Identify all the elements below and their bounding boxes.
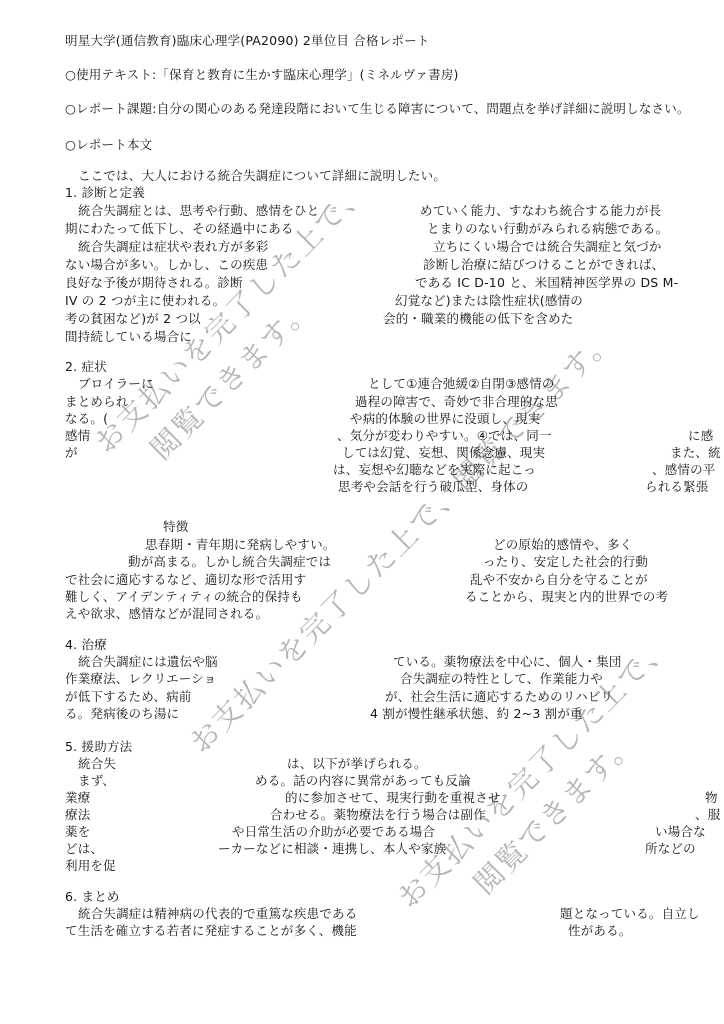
report-line: 統合失は、以下が挙げられる。: [0, 755, 724, 772]
line-fragment: 合失調症の特性として、作業能力や: [400, 670, 603, 687]
line-fragment: 業療: [65, 789, 90, 806]
line-fragment: 感情: [65, 427, 90, 444]
report-line: は、妄想や幻聴などを実際に起こっ、感情の平: [0, 461, 724, 478]
line-fragment: が、社会生活に適応するためのリハビリ: [385, 688, 613, 705]
line-fragment: る。発病後のち湯に: [65, 705, 179, 722]
line-fragment: は、妄想や幻聴などを実際に起こっ: [333, 461, 536, 478]
line-fragment: ○レポート課題:自分の関心のある発達段階において生じる障害について、問題点を挙げ…: [65, 100, 690, 117]
report-line: 1. 診断と定義: [0, 184, 724, 201]
report-line: えや欲求、感情などが混同される。: [0, 605, 724, 622]
report-line: 2. 症状: [0, 358, 724, 375]
line-fragment: 会的・職業的機能の低下を含めた: [383, 310, 574, 327]
line-fragment: ここでは、大人における統合失調症について詳細に説明したい。: [78, 167, 446, 184]
report-line: 統合失調症は精神病の代表的で重篤な疾患である題となっている。自立し: [0, 905, 724, 922]
line-fragment: ったり、安定した社会的行動: [483, 553, 648, 570]
line-fragment: が低下するため、病前: [65, 688, 192, 705]
report-line: 思春期・青年期に発病しやすい。どの原始的感情や、多く: [0, 536, 724, 553]
line-fragment: て生活を確立する若者に発症することが多く、機能: [65, 922, 357, 939]
line-fragment: ることから、現実と内的世界での考: [465, 588, 668, 605]
line-fragment: める。話の内容に異常があっても反論: [255, 772, 471, 789]
report-line: 明星大学(通信教育)臨床心理学(PA2090) 2単位目 合格レポート: [0, 32, 724, 49]
line-fragment: 合わせる。薬物療法を行う場合は副作: [270, 806, 486, 823]
line-fragment: に感: [688, 427, 713, 444]
line-fragment: 過程の障害で、奇妙で非合理的な思: [355, 393, 558, 410]
report-line: 特徴: [0, 518, 724, 535]
line-fragment: 療法: [65, 806, 90, 823]
line-fragment: ブロイラーに: [78, 375, 154, 392]
report-line: 6. まとめ: [0, 888, 724, 905]
line-fragment: ーカーなどに相談・連携し、本人や家族: [218, 840, 446, 857]
line-fragment: は、以下が挙げられる。: [287, 755, 427, 772]
report-line: 良好な予後が期待される。診断である IC D-10 と、米国精神医学界の DS …: [0, 274, 724, 291]
line-fragment: とまりのない行動がみられる病態である。: [427, 220, 668, 237]
report-line: 思考や会話を行う破瓜型、身体のられる緊張: [0, 478, 724, 495]
report-line: まとめられ過程の障害で、奇妙で非合理的な思: [0, 393, 724, 410]
report-line: ○レポート課題:自分の関心のある発達段階において生じる障害について、問題点を挙げ…: [0, 100, 724, 117]
line-fragment: 利用を促: [65, 857, 116, 874]
report-line: る。発病後のち湯に4 割が慢性継承状態、約 2~3 割が重: [0, 705, 724, 722]
report-line: 統合失調症とは、思考や行動、感情をひとめていく能力、すなわち統合する能力が長: [0, 202, 724, 219]
line-fragment: 間持続している場合に: [65, 328, 192, 345]
report-line: 期にわたって低下し、その経過中にあるとまりのない行動がみられる病態である。: [0, 220, 724, 237]
line-fragment: 2. 症状: [65, 358, 107, 375]
line-fragment: なる。(: [65, 410, 108, 427]
line-fragment: 薬を: [65, 823, 90, 840]
report-line: ○使用テキスト:「保育と教育に生かす臨床心理学」(ミネルヴァ書房): [0, 66, 724, 83]
line-fragment: 4 割が慢性継承状態、約 2~3 割が重: [370, 705, 583, 722]
line-fragment: どの原始的感情や、多く: [493, 536, 632, 553]
line-fragment: 題となっている。自立し: [560, 905, 700, 922]
report-line: 療法合わせる。薬物療法を行う場合は副作、服: [0, 806, 724, 823]
report-page: お支払いを完了した上で、 閲覧できます。 お支払いを完了した上で、閲覧できます。…: [0, 0, 724, 1024]
line-fragment: どは、: [65, 840, 103, 857]
line-fragment: ○レポート本文: [65, 136, 152, 153]
line-fragment: 動が高まる。しかし統合失調症では: [128, 553, 331, 570]
line-fragment: 良好な予後が期待される。診断: [65, 274, 243, 291]
line-fragment: 、服: [695, 806, 720, 823]
report-line: で社会に適応するなど、適切な形で活用す乱や不安から自分を守ることが: [0, 571, 724, 588]
report-line: 利用を促: [0, 857, 724, 874]
report-line: 5. 援助方法: [0, 738, 724, 755]
line-fragment: や病的体験の世界に没頭し、現実: [350, 410, 541, 427]
line-fragment: 性がある。: [568, 922, 632, 939]
line-fragment: 思春期・青年期に発病しやすい。: [145, 536, 336, 553]
line-fragment: 的に参加させて、現実行動を重視させ: [285, 789, 501, 806]
report-line: ここでは、大人における統合失調症について詳細に説明したい。: [0, 167, 724, 184]
report-line: 薬をや日常生活の介助が必要である場合い場合な: [0, 823, 724, 840]
line-fragment: 幻覚など)または陰性症状(感情の: [395, 292, 583, 309]
line-fragment: 明星大学(通信教育)臨床心理学(PA2090) 2単位目 合格レポート: [65, 32, 430, 49]
line-fragment: 所などの: [645, 840, 696, 857]
report-line: 難しく、アイデンティティの統合的保持もることから、現実と内的世界での考: [0, 588, 724, 605]
line-fragment: ない場合が多い。しかし、この疾患: [65, 256, 268, 273]
line-fragment: や日常生活の介助が必要である場合: [232, 823, 435, 840]
line-fragment: 統合失調症とは、思考や行動、感情をひと: [78, 202, 319, 219]
report-line: がしては幻覚、妄想、関係念慮、現実また、統: [0, 444, 724, 461]
report-line: まず、める。話の内容に異常があっても反論: [0, 772, 724, 789]
line-fragment: 5. 援助方法: [65, 738, 132, 755]
line-fragment: 難しく、アイデンティティの統合的保持も: [65, 588, 303, 605]
line-fragment: 作業療法、レクリエーショ: [65, 670, 216, 687]
line-fragment: 期にわたって低下し、その経過中にある: [65, 220, 294, 237]
report-line: ブロイラーにとして①連合弛緩②自閉③感情の: [0, 375, 724, 392]
report-line: 感情、気分が変わりやすい。④では、同一に感: [0, 427, 724, 444]
line-fragment: 、感情の平: [652, 461, 716, 478]
line-fragment: 立ちにくい場合では統合失調症と気づか: [433, 238, 662, 255]
report-line: なる。(や病的体験の世界に没頭し、現実: [0, 410, 724, 427]
line-fragment: 考の貧困など)が 2 つ以: [65, 310, 201, 327]
report-line: ない場合が多い。しかし、この疾患診断し治療に結びつけることができれば、: [0, 256, 724, 273]
line-fragment: が: [65, 444, 78, 461]
line-fragment: IV の 2 つが主に使われる。: [65, 292, 225, 309]
report-line: 業療的に参加させて、現実行動を重視させ物: [0, 789, 724, 806]
report-line: 動が高まる。しかし統合失調症ではったり、安定した社会的行動: [0, 553, 724, 570]
line-fragment: 統合失調症には遺伝や脳: [78, 653, 218, 670]
report-line: が低下するため、病前が、社会生活に適応するためのリハビリ: [0, 688, 724, 705]
report-line: 考の貧困など)が 2 つ以会的・職業的機能の低下を含めた: [0, 310, 724, 327]
line-fragment: めていく能力、すなわち統合する能力が長: [420, 202, 661, 219]
line-fragment: 特徴: [163, 518, 188, 535]
line-fragment: また、統: [670, 444, 721, 461]
line-fragment: 統合失調症は症状や表れ方が多彩: [78, 238, 269, 255]
line-fragment: い場合な: [655, 823, 706, 840]
line-fragment: まとめられ: [65, 393, 129, 410]
line-fragment: えや欲求、感情などが混同される。: [65, 605, 268, 622]
line-fragment: 統合失調症は精神病の代表的で重篤な疾患である: [78, 905, 357, 922]
report-line: て生活を確立する若者に発症することが多く、機能性がある。: [0, 922, 724, 939]
line-fragment: 6. まとめ: [65, 888, 120, 905]
report-line: どは、ーカーなどに相談・連携し、本人や家族所などの: [0, 840, 724, 857]
line-fragment: 1. 診断と定義: [65, 184, 145, 201]
line-fragment: で社会に適応するなど、適切な形で活用す: [65, 571, 306, 588]
line-fragment: ○使用テキスト:「保育と教育に生かす臨床心理学」(ミネルヴァ書房): [65, 66, 459, 83]
line-fragment: 統合失: [78, 755, 116, 772]
line-fragment: 思考や会話を行う破瓜型、身体の: [338, 478, 529, 495]
line-fragment: 物: [705, 789, 718, 806]
report-line: IV の 2 つが主に使われる。幻覚など)または陰性症状(感情の: [0, 292, 724, 309]
report-line: 統合失調症は症状や表れ方が多彩立ちにくい場合では統合失調症と気づか: [0, 238, 724, 255]
report-line: 統合失調症には遺伝や脳ている。薬物療法を中心に、個人・集団: [0, 653, 724, 670]
line-fragment: まず、: [78, 772, 115, 789]
line-fragment: ている。薬物療法を中心に、個人・集団: [393, 653, 622, 670]
report-line: ○レポート本文: [0, 136, 724, 153]
report-line: 作業療法、レクリエーショ合失調症の特性として、作業能力や: [0, 670, 724, 687]
line-fragment: として①連合弛緩②自閉③感情の: [368, 375, 555, 392]
line-fragment: しては幻覚、妄想、関係念慮、現実: [342, 444, 545, 461]
line-fragment: 4. 治療: [65, 636, 107, 653]
line-fragment: である IC D-10 と、米国精神医学界の DS M-: [415, 274, 678, 291]
report-line: 間持続している場合に: [0, 328, 724, 345]
line-fragment: 診断し治療に結びつけることができれば、: [423, 256, 664, 273]
report-line: 4. 治療: [0, 636, 724, 653]
line-fragment: 、気分が変わりやすい。④では、同一: [337, 427, 552, 444]
line-fragment: 乱や不安から自分を守ることが: [470, 571, 648, 588]
line-fragment: られる緊張: [645, 478, 709, 495]
